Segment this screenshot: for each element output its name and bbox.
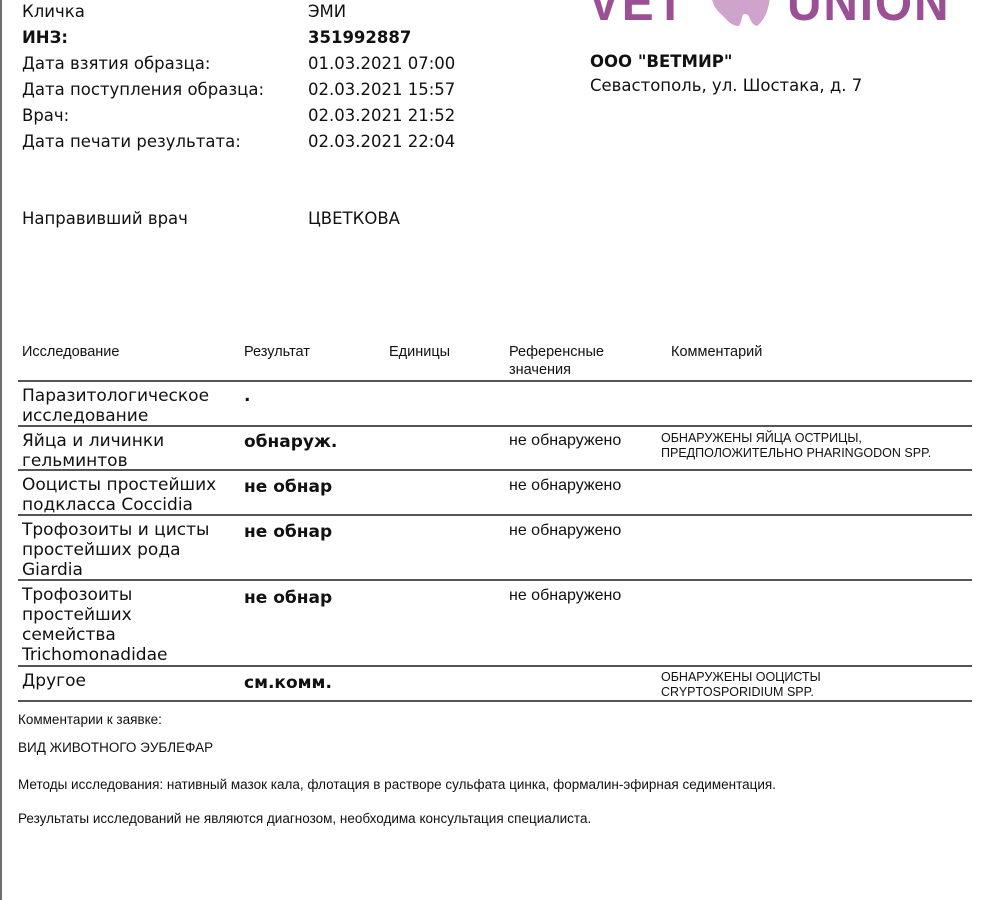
row-divider bbox=[18, 469, 972, 471]
cell-reference: не обнаружено bbox=[509, 476, 621, 496]
lab-address: Севастополь, ул. Шостака, д. 7 bbox=[590, 76, 862, 95]
lab-logo: VET UNION bbox=[588, 0, 965, 26]
cell-reference: не обнаружено bbox=[509, 431, 621, 451]
cell-test: Ооцисты простейших подкласса Coccidia bbox=[22, 475, 237, 515]
lab-name: ООО "ВЕТМИР" bbox=[590, 52, 732, 71]
field-label: Дата печати результата: bbox=[22, 132, 241, 151]
header-test: Исследование bbox=[22, 343, 119, 361]
methods-text: Методы исследования: нативный мазок кала… bbox=[18, 777, 776, 792]
header-result: Результат bbox=[244, 343, 310, 361]
row-divider bbox=[18, 700, 972, 702]
field-label: Направивший врач bbox=[22, 209, 188, 228]
header-comment: Комментарий bbox=[671, 343, 762, 361]
cell-result: не обнар bbox=[244, 522, 332, 542]
row-divider bbox=[18, 579, 972, 581]
cell-comment: ОБНАРУЖЕНЫ ООЦИСТЫ CRYPTOSPORIDIUM SPP. bbox=[661, 670, 861, 700]
logo-text-right: UNION bbox=[787, 0, 950, 26]
row-divider bbox=[18, 665, 972, 667]
comment-text: ВИД ЖИВОТНОГО ЭУБЛЕФАР bbox=[18, 740, 213, 755]
cell-reference: не обнаружено bbox=[509, 521, 621, 541]
field-value: ЭМИ bbox=[308, 2, 346, 21]
cell-comment: ОБНАРУЖЕНЫ ЯЙЦА ОСТРИЦЫ, ПРЕДПОЛОЖИТЕЛЬН… bbox=[661, 431, 971, 461]
cell-test: Паразитологическое исследование bbox=[22, 386, 237, 426]
tooth-logo-icon bbox=[705, 0, 777, 26]
cell-result: обнаруж. bbox=[244, 432, 337, 452]
cell-result: см.комм. bbox=[244, 673, 332, 693]
field-label: Дата поступления образца: bbox=[22, 80, 264, 99]
field-label: ИНЗ: bbox=[22, 28, 68, 47]
comments-label: Комментарии к заявке: bbox=[18, 712, 162, 727]
field-value: 02.03.2021 15:57 bbox=[308, 80, 455, 99]
cell-result: . bbox=[244, 386, 250, 406]
header-units: Единицы bbox=[389, 343, 450, 361]
field-value: ЦВЕТКОВА bbox=[308, 209, 400, 228]
field-label: Врач: bbox=[22, 106, 69, 125]
disclaimer-text: Результаты исследований не являются диаг… bbox=[18, 811, 591, 826]
cell-test: Яйца и личинки гельминтов bbox=[22, 431, 237, 471]
cell-result: не обнар bbox=[244, 477, 332, 497]
cell-test: Трофозоиты и цисты простейших рода Giard… bbox=[22, 520, 222, 580]
cell-reference: не обнаружено bbox=[509, 586, 621, 606]
page-left-border bbox=[0, 0, 2, 900]
row-divider bbox=[18, 425, 972, 427]
field-label: Кличка bbox=[22, 2, 85, 21]
field-value: 351992887 bbox=[308, 28, 411, 47]
field-value: 01.03.2021 07:00 bbox=[308, 54, 455, 73]
row-divider bbox=[18, 380, 972, 382]
header-reference: Референсные значения bbox=[509, 343, 629, 379]
row-divider bbox=[18, 514, 972, 516]
cell-result: не обнар bbox=[244, 588, 332, 608]
cell-test: Трофозоиты простейших семейства Trichomo… bbox=[22, 585, 182, 665]
logo-text-left: VET bbox=[588, 0, 687, 26]
field-label: Дата взятия образца: bbox=[22, 54, 210, 73]
cell-test: Другое bbox=[22, 671, 237, 691]
field-value: 02.03.2021 21:52 bbox=[308, 106, 455, 125]
field-value: 02.03.2021 22:04 bbox=[308, 132, 455, 151]
